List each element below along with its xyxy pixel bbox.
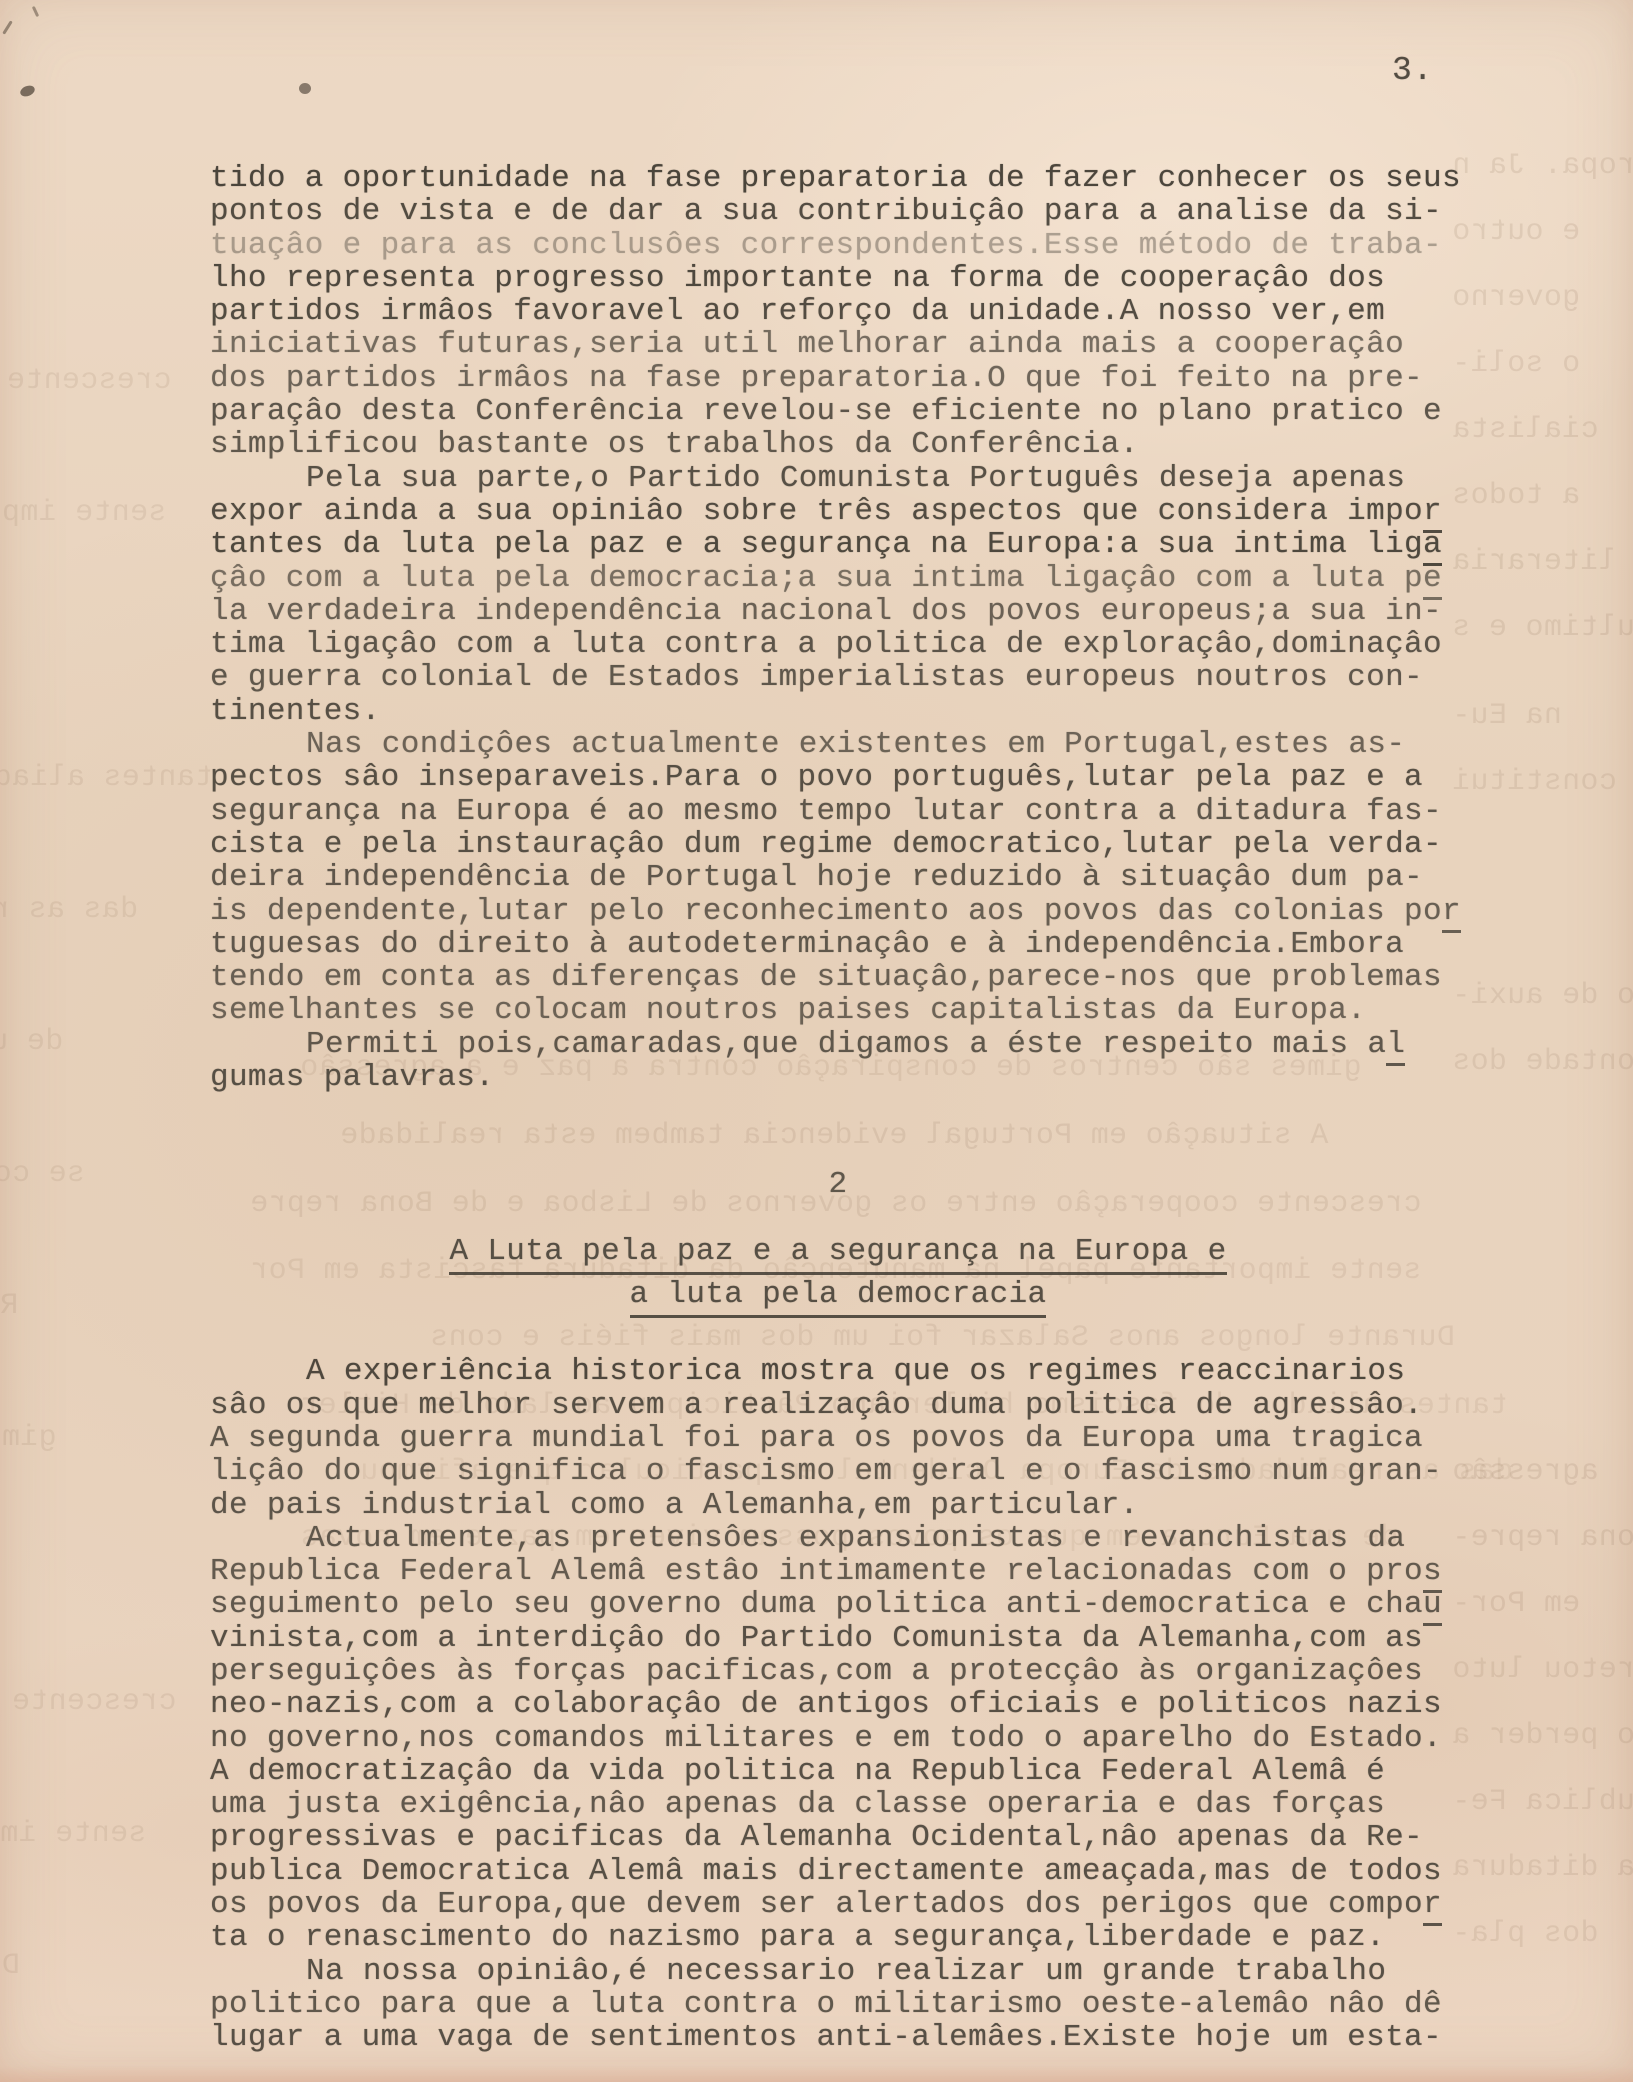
text-line: cista e pela instauraçâo dum regime demo… [210,828,1466,861]
bleedthrough-text: governo [1452,282,1580,315]
text-line: deira independência de Portugal hoje red… [210,861,1466,894]
text-line: liçâo do que significa o fascismo em ger… [210,1455,1466,1488]
text-line: tantes da luta pela paz e a segurança na… [210,528,1466,561]
text-line: dos partidos irmâos na fase preparatoria… [210,362,1466,395]
section-title-line-2: a luta pela democracia [630,1277,1047,1318]
paragraph: Nas condiçôes actualmente existentes em … [210,728,1466,1028]
paragraph: Actualmente,as pretensôes expansionistas… [210,1522,1466,1955]
paragraph: Permiti pois,camaradas,que digamos a ést… [210,1028,1466,1095]
bleedthrough-text: se concretiza a cooperaçâo economica dos… [0,1158,85,1191]
text-line: perseguiçôes às forças pacificas,com a p… [210,1655,1466,1688]
text-line: tido a oportunidade na fase preparatoria… [210,162,1466,195]
text-line: Na nossa opiniâo,é necessario realizar u… [210,1955,1466,1988]
text-line: Actualmente,as pretensôes expansionistas… [210,1522,1466,1555]
text-line: lugar a uma vaga de sentimentos anti-ale… [210,2021,1466,2054]
bleedthrough-text: ultimo e s [1452,612,1633,645]
text-line: çâo com a luta pela democracia;a sua int… [210,562,1466,595]
text-line: tuguesas do direito à autodeterminaçâo e… [210,928,1466,961]
bleedthrough-text: decretou luto [1452,1654,1633,1687]
bleedthrough-text: Bona repre- [1452,1522,1633,1555]
text-line: vinista,com a interdiçâo do Partido Comu… [210,1622,1466,1655]
text-line: tima ligaçâo com a luta contra a politic… [210,628,1466,661]
text-line: de pais industrial como a Alemanha,em pa… [210,1489,1466,1522]
section-heading-block: 2 A Luta pela paz e a segurança na Europ… [210,1168,1466,1317]
ink-speck [299,83,311,94]
bleedthrough-text: a todos [1452,480,1580,513]
text-line: progressivas e pacificas da Alemanha Oci… [210,1821,1466,1854]
paragraph: Pela sua parte,o Partido Comunista Portu… [210,462,1466,728]
text-line: A experiência historica mostra que os re… [210,1355,1466,1388]
text-line: tendo em conta as diferenças de situaçâo… [210,961,1466,994]
section-title: A Luta pela paz e a segurança na Europa … [210,1235,1466,1274]
document-page: gimes sâo centros de conspiraçâo contra … [0,0,1633,2082]
text-line: paraçâo desta Conferência revelou-se efi… [210,395,1466,428]
bleedthrough-text: crescente cooperaçâo entre os governos d… [0,365,171,398]
text-line: expor ainda a sua opiniâo sobre três asp… [210,495,1466,528]
text-line: lho representa progresso importante na f… [210,262,1466,295]
text-line: is dependente,lutar pelo reconhecimento … [210,895,1466,928]
text-line: gumas palavras. [210,1061,1466,1094]
text-line: no governo,nos comandos militares e em t… [210,1722,1466,1755]
bleedthrough-text: uma ditadura [1452,1852,1633,1885]
text-line: tuaçâo e para as conclusôes corresponden… [210,229,1466,262]
text-line: publica Democratica Alemâ mais directame… [210,1855,1466,1888]
text-line: Pela sua parte,o Partido Comunista Portu… [210,462,1466,495]
text-line: uma justa exigência,nâo apenas da classe… [210,1788,1466,1821]
bleedthrough-text: na Eu- [1452,700,1562,733]
text-line: seguimento pelo seu governo duma politic… [210,1588,1466,1621]
section-title: a luta pela democracia [210,1278,1466,1317]
ink-speck [32,6,39,17]
text-line: neo-nazis,com a colaboraçâo de antigos o… [210,1688,1466,1721]
paragraphs-before-section: tido a oportunidade na fase preparatoria… [210,162,1466,1094]
text-line: iniciativas futuras,seria util melhorar … [210,328,1466,361]
text-line: Nas condiçôes actualmente existentes em … [210,728,1466,761]
page-number: 3. [1392,52,1434,89]
paragraph: tido a oportunidade na fase preparatoria… [210,162,1466,462]
bleedthrough-text: dos pla- [1452,1918,1598,1951]
bleedthrough-text: agressâo [1452,1456,1598,1489]
ink-speck [19,84,37,99]
text-line: politico para que a luta contra o milita… [210,1988,1466,2021]
bleedthrough-text: sente importante papel na manutençâo da … [0,497,166,530]
bleedthrough-text: tantes aliados do fascismo hitleriano.Pa… [0,762,213,795]
text-line: A segunda guerra mundial foi para os pov… [210,1422,1466,1455]
bleedthrough-text: Republica Fe- [1452,1786,1633,1819]
text-line: sâo os que melhor servem a realizaçâo du… [210,1389,1466,1422]
bleedthrough-text: literaria [1452,546,1617,579]
text-line: Republica Federal Alemâ estâo intimament… [210,1555,1466,1588]
text-line: pectos sâo inseparaveis.Para o povo port… [210,761,1466,794]
bleedthrough-text: o de auxi- [1452,980,1633,1013]
ink-speck [2,20,12,34]
text-body: tido a oportunidade na fase preparatoria… [210,162,1466,2055]
bleedthrough-text: em Por- [1452,1588,1580,1621]
text-line: tinentes. [210,695,1466,728]
section-title-line-1: A Luta pela paz e a segurança na Europa … [449,1234,1226,1275]
bleedthrough-text: constitui [1452,766,1617,799]
bleedthrough-text: Republica Federal os circulos militarist… [0,1290,18,1323]
bleedthrough-text: das as realidades da Europa Ocidental em… [0,894,138,927]
text-line: segurança na Europa é ao mesmo tempo lut… [210,795,1466,828]
bleedthrough-text: vontade dos [1452,1046,1633,1079]
paragraph: Na nossa opiniâo,é necessario realizar u… [210,1955,1466,2055]
paragraphs-after-section: A experiência historica mostra que os re… [210,1355,1466,2054]
bleedthrough-text: de uma Europa em que os povos possam viv… [0,1026,63,1059]
section-number: 2 [210,1168,1466,1201]
text-line: A democratizaçâo da vida politica na Rep… [210,1755,1466,1788]
bleedthrough-text: ropa. Ja n [1452,150,1633,183]
bleedthrough-text: Durante longos anos Salazar foi um dos m… [0,1950,20,1983]
text-line: la verdadeira independência nacional dos… [210,595,1466,628]
bleedthrough-text: cialista [1452,414,1598,447]
bleedthrough-text: sente importante papel na manutençâo da … [0,1818,146,1851]
text-line: ta o renascimento do nazismo para a segu… [210,1921,1466,1954]
bleedthrough-text: gimes sâo centros de conspiraçâo contra … [0,1422,57,1455]
text-line: pontos de vista e de dar a sua contribui… [210,195,1466,228]
text-line: semelhantes se colocam noutros paises ca… [210,994,1466,1027]
text-line: Permiti pois,camaradas,que digamos a ést… [210,1028,1466,1061]
bleedthrough-text: o soli- [1452,348,1580,381]
bleedthrough-text: crescente cooperaçâo entre os governos d… [0,1686,176,1719]
text-line: e guerra colonial de Estados imperialist… [210,661,1466,694]
text-line: partidos irmâos favoravel ao reforço da … [210,295,1466,328]
bleedthrough-text: o perder a [1452,1720,1633,1753]
paragraph: A experiência historica mostra que os re… [210,1355,1466,1521]
text-line: os povos da Europa,que devem ser alertad… [210,1888,1466,1921]
text-line: simplificou bastante os trabalhos da Con… [210,428,1466,461]
bleedthrough-text: e outro [1452,216,1580,249]
